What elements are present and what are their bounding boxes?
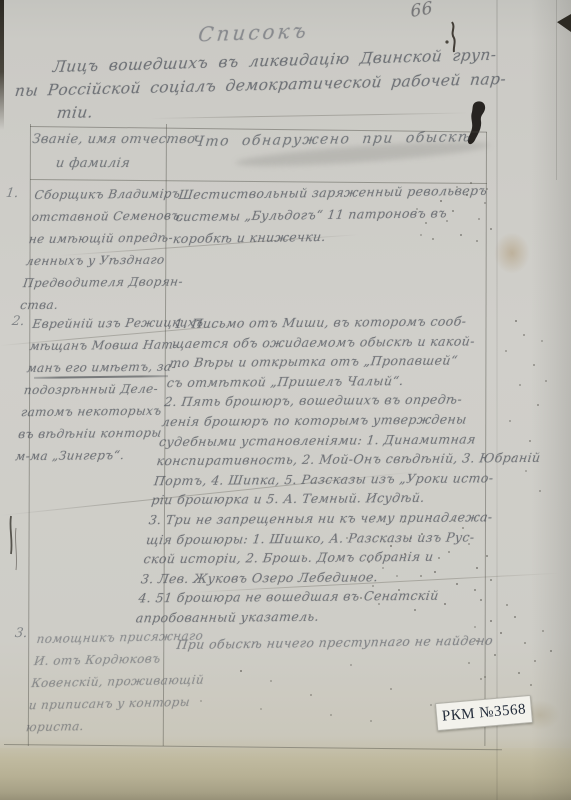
handwritten-line: Еврейній изъ Режицкихъ [31,311,184,335]
handwritten-line: конспиративность, 2. Мой-Онъ свѣдѣній, 3… [155,449,473,471]
ink-speckles [515,320,517,322]
table-header-col1: Званіе, имя отчествои фамилія [27,128,162,176]
handwritten-line: гатомъ некоторыхъ [20,400,173,424]
ink-speckles [490,620,492,622]
scratch-line [150,112,470,119]
paper-right-shading [531,0,571,800]
row1-found-cell: Шестиствольный заряженный револьверъсист… [172,180,480,250]
handwritten-line: Ковенскій, проживающій [30,669,183,694]
paper-bottom-tint [0,748,571,800]
subtitle-line-3: тіи. [56,103,94,122]
handwritten-line: помощникъ присяжнаго [35,625,188,650]
scanned-document-page: 66 Списокъ Лицъ вошедшихъ въ ликвидацію … [0,0,571,800]
handwritten-line: системы „Бульдогъ“ 11 патроновъ въ [174,202,477,228]
paper-stain [494,232,530,274]
row-number-1: 1. [5,186,20,201]
page-number: 66 [410,0,433,22]
row3-name-cell: помощникъ присяжнагоИ. отъ КордюковъКове… [25,625,188,738]
handwritten-line: ріи брошюрка и 5. А. Темный. Исудѣй. [150,488,468,510]
handwritten-line: и приписанъ у конторы [27,691,180,716]
handwritten-line: коробкѣ и книжечки. [172,224,475,250]
handwritten-line: мѣщанъ Мовша Нат- [28,333,181,357]
handwritten-line: отставной Семеновъ, [30,205,173,228]
scan-edge-left [0,0,4,130]
handwritten-line: Сборщикъ Владиміръ [33,183,176,206]
handwritten-line: 1. Письмо отъ Миши, въ которомъ сооб- [173,311,491,333]
handwritten-line: ленія брошюръ по которымъ утверждены [161,409,479,431]
document-title: Списокъ [147,17,359,48]
handwritten-line: то Вѣры и открытка отъ „Пропавшей“ [168,350,486,372]
handwritten-line: м-ма „Зингеръ“. [14,444,167,468]
row-number-3: 3. [14,626,29,641]
inventory-sticker-label: РКМ №3568 [441,701,526,725]
row-number-2: 2. [11,314,26,329]
row2-found-cell: 1. Письмо отъ Миши, въ которомъ сооб-щае… [135,311,491,628]
handwritten-line: и фамилія [27,152,158,176]
handwritten-line: Портъ, 4. Шипка, 5. Разсказы изъ „Уроки … [153,468,471,490]
ink-speckles [240,670,242,672]
handwritten-line: ской исторіи, 2. Брошь. Домъ собранія и [142,547,460,569]
handwritten-line: При обыскѣ ничего преступнаго не найдено [175,629,508,656]
handwritten-line: не имѣющій опредѣ- [27,227,170,250]
handwritten-line: юриста. [25,713,178,738]
handwritten-line: Званіе, имя отчество [31,128,162,152]
paper-fold-line [496,0,498,800]
handwritten-line: Предводителя Дворян- [22,271,165,294]
row1-name-cell: Сборщикъ Владиміръотставной Семеновъ,не … [19,183,176,317]
handwritten-line: въ вѣдѣніи конторы [17,422,170,446]
handwritten-line: 4. 51 брошюра не вошедшая въ Сенатскій [137,586,455,608]
row3-found-cell: При обыскѣ ничего преступнаго не найдено [175,629,508,656]
margin-scratch [4,512,22,574]
handwritten-line: 3. Три не запрещенныя ни къ чему принадл… [148,507,466,529]
handwritten-line: 2. Пять брошюръ, вошедшихъ въ опредѣ- [163,390,481,412]
handwritten-line: подозрѣнный Деле- [23,378,176,402]
paper-fold-line-short [556,0,557,180]
inventory-sticker: РКМ №3568 [435,695,533,731]
table-border-right [484,132,487,746]
handwritten-line: ленныхъ у Уѣзднаго [25,249,168,272]
handwritten-line: И. отъ Кордюковъ [33,647,186,672]
handwritten-line: судебными установленіями: 1. Динамитная [158,429,476,451]
